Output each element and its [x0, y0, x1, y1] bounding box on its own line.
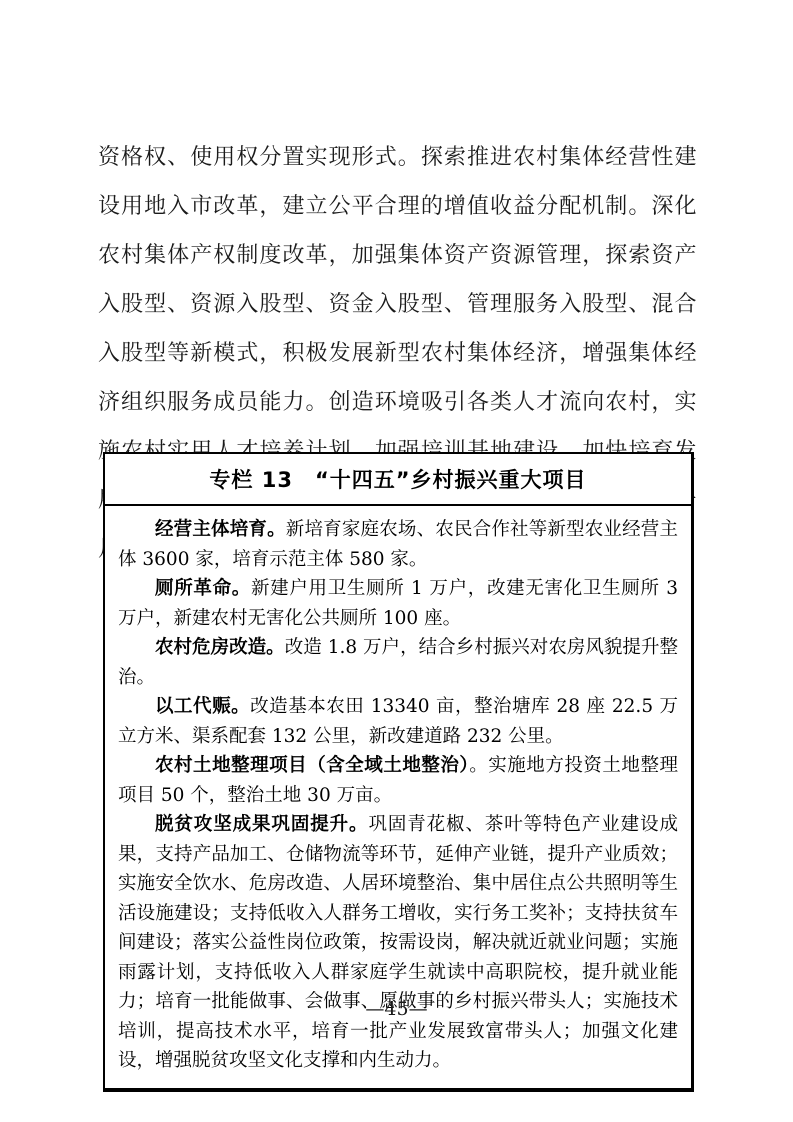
box-item-lead: 农村危房改造。	[155, 637, 285, 658]
highlight-box-title: 专栏 13 “十四五”乡村振兴重大项目	[105, 454, 691, 506]
box-item-text: 巩固青花椒、茶叶等特色产业建设成果，支持产品加工、仓储物流等环节，延伸产业链，提…	[118, 814, 678, 1071]
box-item-land-consolidation: 农村土地整理项目（含全域土地整治）。实施地方投资土地整理项目 50 个，整治土地…	[118, 751, 678, 810]
box-item-dilapidated-housing: 农村危房改造。改造 1.8 万户，结合乡村振兴对农房风貌提升整治。	[118, 633, 678, 692]
document-page: { "body_paragraph": { "text": "资格权、使用权分置…	[0, 0, 793, 1122]
box-item-lead: 厕所革命。	[155, 578, 251, 599]
box-item-lead: 经营主体培育。	[155, 519, 286, 540]
box-item-lead: 以工代赈。	[155, 696, 250, 717]
box-item-toilet-revolution: 厕所革命。新建户用卫生厕所 1 万户，改建无害化卫生厕所 3 万户，新建农村无害…	[118, 574, 678, 633]
page-number: —45—	[0, 998, 793, 1020]
box-item-work-relief: 以工代赈。改造基本农田 13340 亩，整治塘库 28 座 22.5 万立方米、…	[118, 692, 678, 751]
box-item-business-entities: 经营主体培育。新培育家庭农场、农民合作社等新型农业经营主体 3600 家，培育示…	[118, 515, 678, 574]
box-item-lead: 脱贫攻坚成果巩固提升。	[155, 814, 368, 835]
box-item-lead: 农村土地整理项目（含全域土地整治）	[155, 755, 469, 776]
box-item-poverty-alleviation: 脱贫攻坚成果巩固提升。巩固青花椒、茶叶等特色产业建设成果，支持产品加工、仓储物流…	[118, 810, 678, 1076]
highlight-box: 专栏 13 “十四五”乡村振兴重大项目 经营主体培育。新培育家庭农场、农民合作社…	[103, 452, 694, 1092]
